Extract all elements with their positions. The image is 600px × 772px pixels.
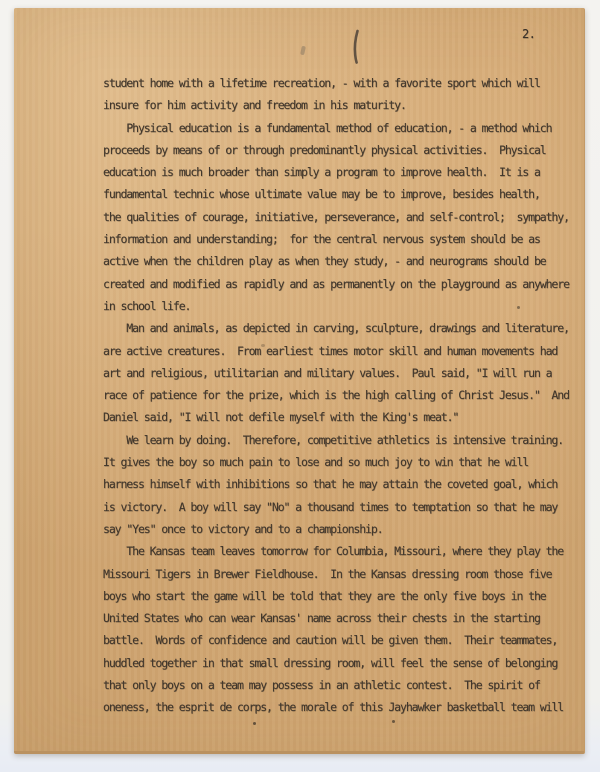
text-line: Daniel said, "I will not defile myself w… <box>103 406 579 428</box>
ink-speck <box>392 720 395 723</box>
text-line: Missouri Tigers in Brewer Fieldhouse. In… <box>103 563 579 585</box>
text-line: active when the children play as when th… <box>103 250 579 272</box>
text-line: art and religious, utilitarian and milit… <box>103 362 579 384</box>
text-line: boys who start the game will be told tha… <box>103 585 579 607</box>
text-line: that only boys on a team may possess in … <box>103 674 579 696</box>
text-line: education is much broader than simply a … <box>103 161 579 183</box>
text-line: United States who can wear Kansas' name … <box>103 607 579 629</box>
text-line: Physical education is a fundamental meth… <box>103 117 579 139</box>
pen-stroke-mark <box>349 28 363 66</box>
smudge-mark <box>300 46 306 56</box>
document-page: 2. student home with a lifetime recreati… <box>14 8 585 754</box>
text-line: oneness, the esprit de corps, the morale… <box>103 696 579 718</box>
text-line: student home with a lifetime recreation,… <box>103 72 579 94</box>
text-line: insure for him activity and freedom in h… <box>103 94 579 116</box>
ink-speck <box>261 344 265 347</box>
text-line: race of patience for the prize, which is… <box>103 384 579 406</box>
text-line: is victory. A boy will say "No" a thousa… <box>103 496 579 518</box>
text-line: huddled together in that small dressing … <box>103 652 579 674</box>
text-line: We learn by doing. Therefore, competitiv… <box>103 429 579 451</box>
ink-speck <box>253 722 256 725</box>
text-line: information and understanding; for the c… <box>103 228 579 250</box>
text-line: in school life. <box>103 295 579 317</box>
text-line: the qualities of courage, initiative, pe… <box>103 206 579 228</box>
text-line: Man and animals, as depicted in carving,… <box>103 317 579 339</box>
text-line: say "Yes" once to victory and to a champ… <box>103 518 579 540</box>
text-line: created and modified as rapidly and as p… <box>103 273 579 295</box>
text-line: proceeds by means of or through predomin… <box>103 139 579 161</box>
page-number: 2. <box>522 27 535 41</box>
typewritten-text: student home with a lifetime recreation,… <box>103 72 579 719</box>
text-line: harness himself with inhibitions so that… <box>103 473 579 495</box>
text-line: battle. Words of confidence and caution … <box>103 629 579 651</box>
ink-speck <box>517 306 520 309</box>
text-line: are active creatures. From earliest time… <box>103 340 579 362</box>
text-line: It gives the boy so much pain to lose an… <box>103 451 579 473</box>
text-line: fundamental technic whose ultimate value… <box>103 183 579 205</box>
text-line: The Kansas team leaves tomorrow for Colu… <box>103 540 579 562</box>
